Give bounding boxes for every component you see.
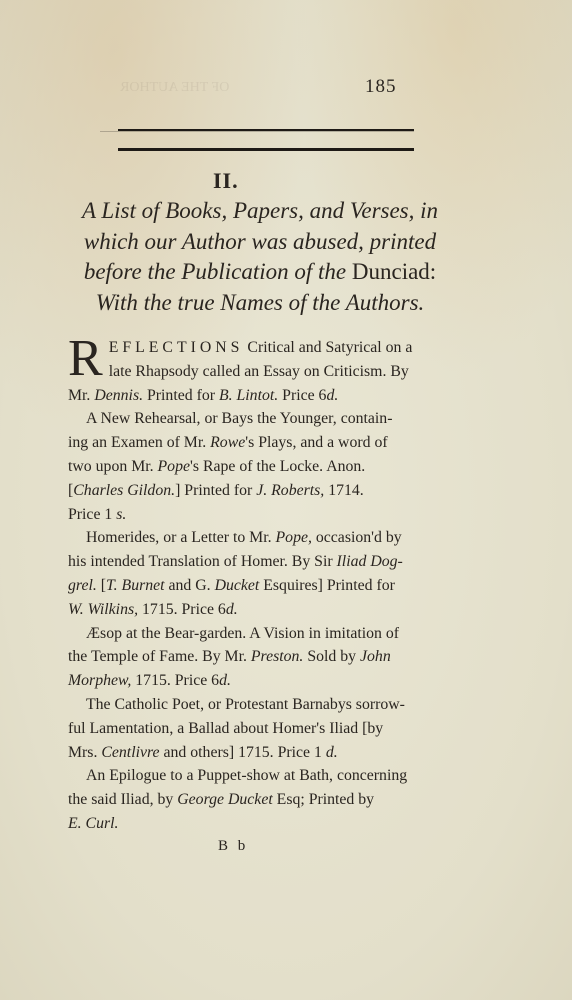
drop-cap: R xyxy=(68,338,103,380)
printer-name: W. Wilkins, xyxy=(68,601,138,618)
heading-line-4: With the true Names of the Authors. xyxy=(60,288,460,319)
document-page: OF THE AUTHOR 185 II. A List of Books, P… xyxy=(0,0,572,1000)
entry-text: Mrs. xyxy=(68,744,101,761)
entry-text: 's Plays, and a word of xyxy=(245,434,387,451)
rule-box xyxy=(100,131,414,149)
entry-new-rehearsal: A New Rehearsal, or Bays the Younger, co… xyxy=(68,407,458,526)
year: 1714. xyxy=(324,482,364,499)
author-name: Preston. xyxy=(251,648,304,665)
signature-mark: B b xyxy=(218,838,248,855)
entry-line: Morphew, 1715. Price 6d. xyxy=(68,669,458,693)
entry-line: Price 1 s. xyxy=(68,503,458,527)
price: 1715. Price 6 xyxy=(138,601,226,618)
price-unit: d. xyxy=(326,387,338,404)
entry-line: E. Curl. xyxy=(68,812,458,836)
price-unit: d. xyxy=(226,601,238,618)
entry-text: Mr. xyxy=(68,387,94,404)
entry-line: two upon Mr. Pope's Rape of the Locke. A… xyxy=(68,455,458,479)
entry-line: Homerides, or a Letter to Mr. Pope, occa… xyxy=(68,526,458,550)
entry-line: Æsop at the Bear-garden. A Vision in imi… xyxy=(68,622,458,646)
entry-text: and G. xyxy=(165,577,215,594)
entry-text: The Catholic Poet, or Protestant Barnaby… xyxy=(86,696,405,713)
entry-line: grel. [T. Burnet and G. Ducket Esquires]… xyxy=(68,574,458,598)
entry-text: Sold by xyxy=(303,648,360,665)
author-name: Pope, xyxy=(276,529,312,546)
rule-bottom xyxy=(118,148,414,151)
price: Price 1 xyxy=(68,506,116,523)
entry-line: the Temple of Fame. By Mr. Preston. Sold… xyxy=(68,645,458,669)
entry-text: ] Printed for xyxy=(175,482,256,499)
printer-name: E. Curl. xyxy=(68,815,118,832)
entry-line: ing an Examen of Mr. Rowe's Plays, and a… xyxy=(68,431,458,455)
price: and others] 1715. Price 1 xyxy=(160,744,326,761)
heading-line-3-italic: before the Publication of the xyxy=(84,259,346,284)
heading-line-2: which our Author was abused, printed xyxy=(60,227,460,258)
entry-list: R EFLECTIONS Critical and Satyrical on a… xyxy=(68,336,458,836)
entry-text: his intended Translation of Homer. By Si… xyxy=(68,553,337,570)
price-unit: d. xyxy=(326,744,338,761)
heading-line-1: A List of Books, Papers, and Verses, in xyxy=(60,196,460,227)
author-name: Iliad Dog- xyxy=(337,553,403,570)
printer-name: John xyxy=(360,648,391,665)
entry-text: the said Iliad, by xyxy=(68,791,177,808)
entry-text: late Rhapsody called an Essay on Critici… xyxy=(109,363,409,380)
author-name: Pope xyxy=(158,458,190,475)
price: 1715. Price 6 xyxy=(131,672,219,689)
author-name: Charles Gildon. xyxy=(73,482,175,499)
entry-text: A New Rehearsal, or Bays the Younger, co… xyxy=(86,410,392,427)
entry-line: [Charles Gildon.] Printed for J. Roberts… xyxy=(68,479,458,503)
entry-line: EFLECTIONS Critical and Satyrical on a xyxy=(68,336,458,360)
entry-text: Homerides, or a Letter to Mr. xyxy=(86,529,276,546)
entry-line: Mr. Dennis. Printed for B. Lintot. Price… xyxy=(68,384,458,408)
entry-text: Æsop at the Bear-garden. A Vision in imi… xyxy=(86,625,399,642)
entry-text: Esq; Printed by xyxy=(273,791,374,808)
heading-line-3-roman: Dunciad: xyxy=(352,259,436,284)
author-name: Dennis. xyxy=(94,387,143,404)
entry-reflections: R EFLECTIONS Critical and Satyrical on a… xyxy=(68,336,458,407)
author-name: Rowe xyxy=(210,434,245,451)
entry-text: two upon Mr. xyxy=(68,458,158,475)
entry-text: EFLECTIONS xyxy=(109,339,244,356)
bleed-through-text: OF THE AUTHOR xyxy=(120,80,229,96)
printer-name: Morphew, xyxy=(68,672,131,689)
entry-text: 's Rape of the Locke. Anon. xyxy=(190,458,365,475)
entry-line: Mrs. Centlivre and others] 1715. Price 1… xyxy=(68,741,458,765)
entry-text: An Epilogue to a Puppet-show at Bath, co… xyxy=(86,767,407,784)
section-number: II. xyxy=(213,168,239,194)
entry-line: W. Wilkins, 1715. Price 6d. xyxy=(68,598,458,622)
printer-name: J. Roberts, xyxy=(256,482,324,499)
heading-line-3: before the Publication of the Dunciad: xyxy=(60,257,460,288)
entry-epilogue: An Epilogue to a Puppet-show at Bath, co… xyxy=(68,764,458,835)
entry-text: ing an Examen of Mr. xyxy=(68,434,210,451)
price-unit: d. xyxy=(219,672,231,689)
price: Price 6 xyxy=(278,387,326,404)
entry-catholic-poet: The Catholic Poet, or Protestant Barnaby… xyxy=(68,693,458,764)
entry-homerides: Homerides, or a Letter to Mr. Pope, occa… xyxy=(68,526,458,621)
entry-text: Esquires] Printed for xyxy=(259,577,395,594)
entry-line: late Rhapsody called an Essay on Critici… xyxy=(68,360,458,384)
entry-line: the said Iliad, by George Ducket Esq; Pr… xyxy=(68,788,458,812)
entry-line: An Epilogue to a Puppet-show at Bath, co… xyxy=(68,764,458,788)
entry-line: A New Rehearsal, or Bays the Younger, co… xyxy=(68,407,458,431)
author-name: grel. xyxy=(68,577,97,594)
entry-text: [ xyxy=(97,577,106,594)
author-name: George Ducket xyxy=(177,791,272,808)
price-unit: s. xyxy=(116,506,126,523)
page-number: 185 xyxy=(365,76,397,98)
author-name: T. Burnet xyxy=(106,577,165,594)
entry-text: occasion'd by xyxy=(312,529,402,546)
entry-line: The Catholic Poet, or Protestant Barnaby… xyxy=(68,693,458,717)
entry-text: Critical and Satyrical on a xyxy=(243,339,412,356)
author-name: Ducket xyxy=(215,577,260,594)
entry-line: ful Lamentation, a Ballad about Homer's … xyxy=(68,717,458,741)
entry-text: Printed for xyxy=(143,387,219,404)
section-heading: A List of Books, Papers, and Verses, in … xyxy=(60,196,460,318)
entry-text: the Temple of Fame. By Mr. xyxy=(68,648,251,665)
author-name: Centlivre xyxy=(101,744,159,761)
entry-aesop: Æsop at the Bear-garden. A Vision in imi… xyxy=(68,622,458,693)
entry-text: ful Lamentation, a Ballad about Homer's … xyxy=(68,720,383,737)
entry-line: his intended Translation of Homer. By Si… xyxy=(68,550,458,574)
printer-name: B. Lintot. xyxy=(219,387,278,404)
